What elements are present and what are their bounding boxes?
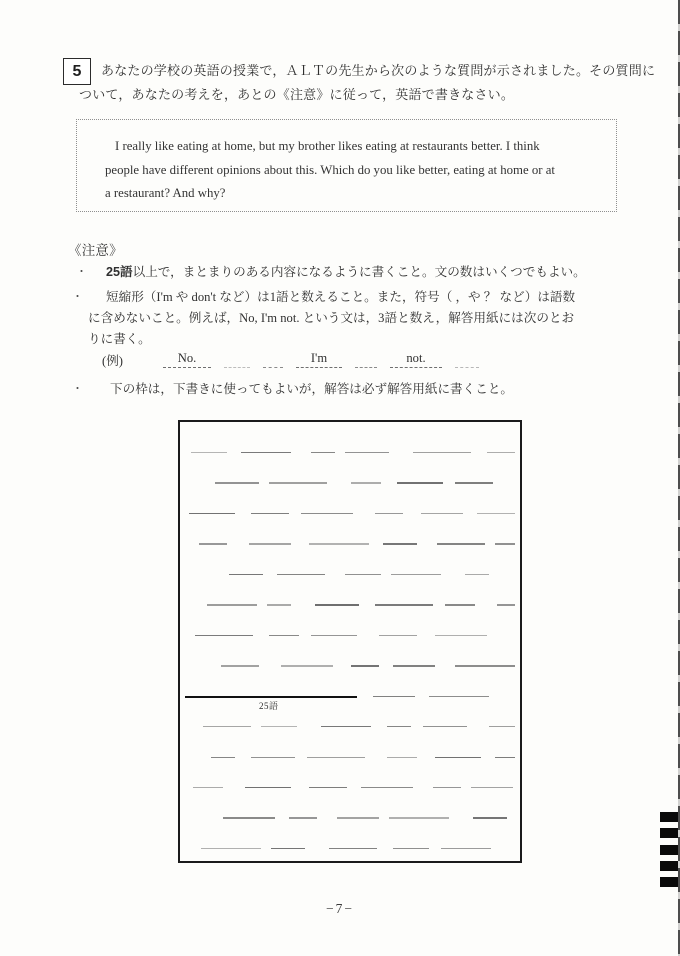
word-blank-segment [383, 543, 417, 544]
draft-area: 25語 [185, 422, 517, 861]
word-blank-segment [211, 757, 235, 758]
word-blank-segment [433, 787, 461, 788]
word-count-bold: 25語 [106, 265, 133, 279]
draft-row [185, 452, 515, 458]
word-blank-segment [487, 452, 515, 453]
word-blank-segment [351, 482, 381, 483]
word-blank-segment [437, 543, 485, 544]
example-word-blank: No. [163, 351, 211, 368]
word-blank-segment [195, 635, 253, 636]
word-blank-segment [379, 635, 417, 636]
word-blank-segment [203, 726, 251, 727]
word-blank-segment [251, 513, 289, 514]
word-blank-segment [495, 543, 515, 544]
word-blank-segment [375, 513, 403, 514]
note-item-contractions-line-1: 短縮形（I'm や don't など）は1語と数えること。また，符号（ ，や ？… [106, 286, 575, 305]
page-number: −7− [0, 901, 680, 917]
example-word-blanks: No. I'm not. [163, 350, 479, 368]
word-blank-segment [321, 726, 371, 727]
draft-row [185, 817, 515, 823]
example-word-blank [263, 351, 283, 368]
registration-mark [660, 861, 678, 871]
word-blank-segment [441, 848, 491, 849]
word-blank-segment [269, 482, 327, 483]
word-blank-segment [277, 574, 325, 575]
word-blank-segment [251, 757, 295, 758]
draft-row [185, 848, 515, 854]
word-blank-segment [309, 787, 347, 788]
word-blank-segment [215, 482, 259, 483]
quote-line-3: a restaurant? And why? [105, 182, 590, 206]
word-blank-segment [229, 574, 263, 575]
word-blank-segment [351, 665, 379, 666]
word-blank-segment [189, 513, 235, 514]
example-word-blank [455, 351, 479, 368]
draft-row [185, 482, 515, 488]
word-blank-segment [497, 604, 515, 605]
word-blank-segment [465, 574, 489, 575]
word-blank-segment [249, 543, 291, 544]
word-blank-segment [471, 787, 513, 788]
word-blank-segment [241, 452, 291, 453]
word-blank-segment [281, 665, 333, 666]
word-blank-segment [289, 817, 317, 818]
word-blank-segment [375, 604, 433, 605]
word-blank-segment [301, 513, 353, 514]
word-blank-segment [193, 787, 223, 788]
word-blank-segment [477, 513, 515, 514]
quote-line-1: I really like eating at home, but my bro… [105, 135, 590, 159]
note-item-word-count: 25語以上で，まとまりのある内容になるように書くこと。文の数はいくつでもよい。 [106, 261, 586, 280]
example-word-blank [355, 351, 377, 368]
word-blank-segment [221, 665, 259, 666]
note-item-contractions-line-3: りに書く。 [88, 328, 151, 347]
word-blank-segment [309, 543, 369, 544]
word-blank-segment [199, 543, 227, 544]
registration-mark [660, 828, 678, 838]
word-blank-segment [223, 817, 275, 818]
draft-box: 25語 [178, 420, 522, 863]
word-blank-segment [455, 482, 493, 483]
quote-line-2: people have different opinions about thi… [105, 159, 590, 183]
word-blank-segment [397, 482, 443, 483]
word-blank-segment [445, 604, 475, 605]
note-item-draft-frame: 下の枠は，下書きに使ってもよいが，解答は必ず解答用紙に書くこと。 [110, 378, 513, 397]
word-blank-segment [337, 817, 379, 818]
alt-question-box: I really like eating at home, but my bro… [76, 119, 617, 212]
word-blank-segment [435, 757, 481, 758]
word-blank-segment [455, 665, 515, 666]
word-blank-segment [191, 452, 227, 453]
word-blank-segment [269, 635, 299, 636]
word-blank-segment [429, 696, 489, 697]
word-blank-segment [345, 452, 389, 453]
word-blank-segment [361, 787, 413, 788]
word-blank-segment [271, 848, 305, 849]
question-number-box: 5 [63, 58, 91, 85]
word-blank-segment [387, 757, 417, 758]
draft-row [185, 726, 515, 732]
draft-row [185, 787, 515, 793]
word-blank-segment [201, 848, 261, 849]
exam-page: 5 あなたの学校の英語の授業で，ＡＬＴの先生から次のような質問が示されました。そ… [0, 0, 680, 956]
word-blank-segment [267, 604, 291, 605]
draft-row [185, 665, 515, 671]
word-blank-segment [421, 513, 463, 514]
registration-mark [660, 812, 678, 822]
word-blank-segment [413, 452, 471, 453]
word-blank-segment [245, 787, 291, 788]
word-blank-segment [207, 604, 257, 605]
word-blank-segment [435, 635, 487, 636]
draft-row [185, 574, 515, 580]
word-blank-segment [311, 635, 357, 636]
notes-heading: 《注意》 [68, 239, 123, 259]
word-blank-segment [387, 726, 411, 727]
draft-row [185, 513, 515, 519]
word-blank-segment [311, 452, 335, 453]
word-blank-segment [261, 726, 297, 727]
word-blank-segment [393, 848, 429, 849]
example-word-blank [224, 351, 250, 368]
note-item-contractions-line-2: に含めないこと。例えば，No, I'm not. という文は，3語と数え，解答用… [88, 307, 574, 326]
draft-row [185, 757, 515, 763]
example-word-blank: I'm [296, 351, 342, 368]
word-blank-segment [495, 757, 515, 758]
word-blank-segment [389, 817, 449, 818]
question-number: 5 [73, 63, 82, 81]
draft-row: 25語 [185, 696, 515, 702]
example-label: (例) [102, 350, 123, 369]
bullet-dot: ・ [72, 288, 83, 304]
word-blank-segment [307, 757, 365, 758]
draft-row [185, 635, 515, 641]
word-blank-segment [473, 817, 507, 818]
word-blank-segment [393, 665, 435, 666]
word-blank-segment [489, 726, 515, 727]
word-blank-segment [329, 848, 377, 849]
example-word-blank: not. [390, 351, 442, 368]
registration-mark [660, 877, 678, 887]
word-blank-segment [423, 726, 467, 727]
bullet-dot: ・ [76, 263, 87, 279]
word-blank-segment [391, 574, 441, 575]
word-limit-label: 25語 [259, 699, 279, 712]
question-prompt-line-1: あなたの学校の英語の授業で，ＡＬＴの先生から次のような質問が示されました。その質… [101, 60, 655, 79]
draft-row [185, 543, 515, 549]
registration-mark [660, 845, 678, 855]
question-prompt-line-2: ついて，あなたの考えを，あとの《注意》に従って，英語で書きなさい。 [79, 84, 514, 103]
draft-row [185, 604, 515, 610]
word-blank-segment [373, 696, 415, 697]
bullet-dot: ・ [72, 380, 83, 396]
word-blank-segment [345, 574, 381, 575]
word-blank-segment [315, 604, 359, 605]
